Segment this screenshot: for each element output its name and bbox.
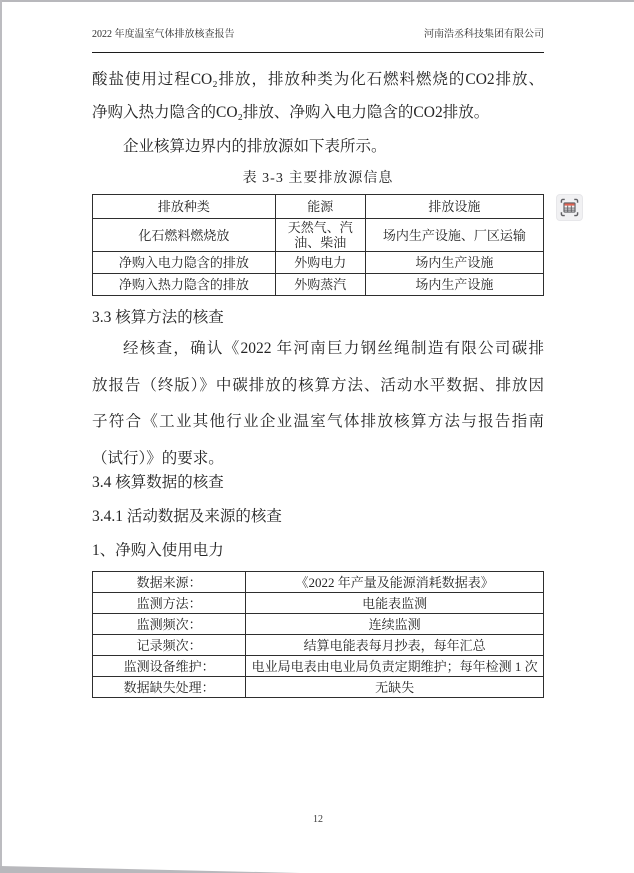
paragraph-verification: 经核查，确认《2022 年河南巨力钢丝绳制造有限公司碳排 放报告（终版）》中碳排… <box>92 331 544 477</box>
cell-value: 《2022 年产量及能源消耗数据表》 <box>246 572 544 593</box>
table-row: 监测方法： 电能表监测 <box>93 593 544 614</box>
page-header: 2022 年度温室气体排放核查报告 河南浩丞科技集团有限公司 <box>92 25 544 40</box>
table-row: 净购入热力隐含的排放 外购蒸汽 场内生产设施 <box>93 274 544 296</box>
page-edge-bottom <box>0 866 300 873</box>
col-header-emission-type: 排放种类 <box>93 195 276 219</box>
header-report-title: 2022 年度温室气体排放核查报告 <box>92 25 235 40</box>
table-extract-icon <box>560 198 579 217</box>
section-heading-3-4: 3.4 核算数据的核查 <box>92 470 544 492</box>
cell-energy: 外购电力 <box>275 252 365 274</box>
table-row: 数据缺失处理： 无缺失 <box>93 677 544 698</box>
cell-value: 电能表监测 <box>246 593 544 614</box>
page-edge-top <box>0 0 634 2</box>
cell-energy: 外购蒸汽 <box>275 274 365 296</box>
cell-label: 监测设备维护： <box>93 656 246 677</box>
cell-label: 监测方法： <box>93 593 246 614</box>
table-row: 监测频次： 连续监测 <box>93 614 544 635</box>
cell-label: 监测频次： <box>93 614 246 635</box>
cell-label: 数据缺失处理： <box>93 677 246 698</box>
text-line: 放报告（终版）》中碳排放的核算方法、活动水平数据、排放因 <box>92 368 544 405</box>
paragraph-emission-types: 酸盐使用过程CO₂排放，排放种类为化石燃料燃烧的CO2排放、 净购入热力隐含的C… <box>92 63 544 129</box>
electricity-data-table: 数据来源： 《2022 年产量及能源消耗数据表》 监测方法： 电能表监测 监测频… <box>92 571 544 698</box>
col-header-facility: 排放设施 <box>365 195 543 219</box>
cell-emission-type: 化石燃料燃烧放 <box>93 219 276 252</box>
cell-label: 记录频次： <box>93 635 246 656</box>
table-row: 化石燃料燃烧放 天然气、汽油、柴油 场内生产设施、厂区运输 <box>93 219 544 252</box>
cell-facility: 场内生产设施 <box>365 252 543 274</box>
cell-energy: 天然气、汽油、柴油 <box>275 219 365 252</box>
table-row: 数据来源： 《2022 年产量及能源消耗数据表》 <box>93 572 544 593</box>
table-row: 记录频次： 结算电能表每月抄表，每年汇总 <box>93 635 544 656</box>
cell-emission-type: 净购入热力隐含的排放 <box>93 274 276 296</box>
page-edge-left <box>0 0 2 873</box>
section-heading-3-3: 3.3 核算方法的核查 <box>92 305 544 327</box>
text-line: 净购入热力隐含的CO₂排放、净购入电力隐含的CO2排放。 <box>92 96 544 129</box>
page-number: 12 <box>92 814 544 825</box>
cell-value: 无缺失 <box>246 677 544 698</box>
header-divider <box>92 52 544 53</box>
header-company-name: 河南浩丞科技集团有限公司 <box>424 25 544 40</box>
cell-value: 连续监测 <box>246 614 544 635</box>
text-line: 经核查，确认《2022 年河南巨力钢丝绳制造有限公司碳排 <box>92 331 544 368</box>
text-line: 酸盐使用过程CO₂排放，排放种类为化石燃料燃烧的CO2排放、 <box>92 63 544 96</box>
table1-caption: 表 3-3 主要排放源信息 <box>92 167 544 187</box>
list-item-electricity: 1、净购入使用电力 <box>92 538 544 560</box>
table-extract-button[interactable] <box>556 194 583 221</box>
col-header-energy: 能源 <box>275 195 365 219</box>
cell-value: 结算电能表每月抄表，每年汇总 <box>246 635 544 656</box>
table-header-row: 排放种类 能源 排放设施 <box>93 195 544 219</box>
section-heading-3-4-1: 3.4.1 活动数据及来源的核查 <box>92 504 544 526</box>
paragraph-boundary-note: 企业核算边界内的排放源如下表所示。 <box>92 130 544 163</box>
emission-sources-table: 排放种类 能源 排放设施 化石燃料燃烧放 天然气、汽油、柴油 场内生产设施、厂区… <box>92 194 544 296</box>
table-row: 净购入电力隐含的排放 外购电力 场内生产设施 <box>93 252 544 274</box>
cell-value: 电业局电表由电业局负责定期维护；每年检测 1 次 <box>246 656 544 677</box>
text-line: 子符合《工业其他行业企业温室气体排放核算方法与报告指南 <box>92 404 544 441</box>
cell-facility: 场内生产设施、厂区运输 <box>365 219 543 252</box>
table-row: 监测设备维护： 电业局电表由电业局负责定期维护；每年检测 1 次 <box>93 656 544 677</box>
cell-facility: 场内生产设施 <box>365 274 543 296</box>
cell-label: 数据来源： <box>93 572 246 593</box>
cell-emission-type: 净购入电力隐含的排放 <box>93 252 276 274</box>
